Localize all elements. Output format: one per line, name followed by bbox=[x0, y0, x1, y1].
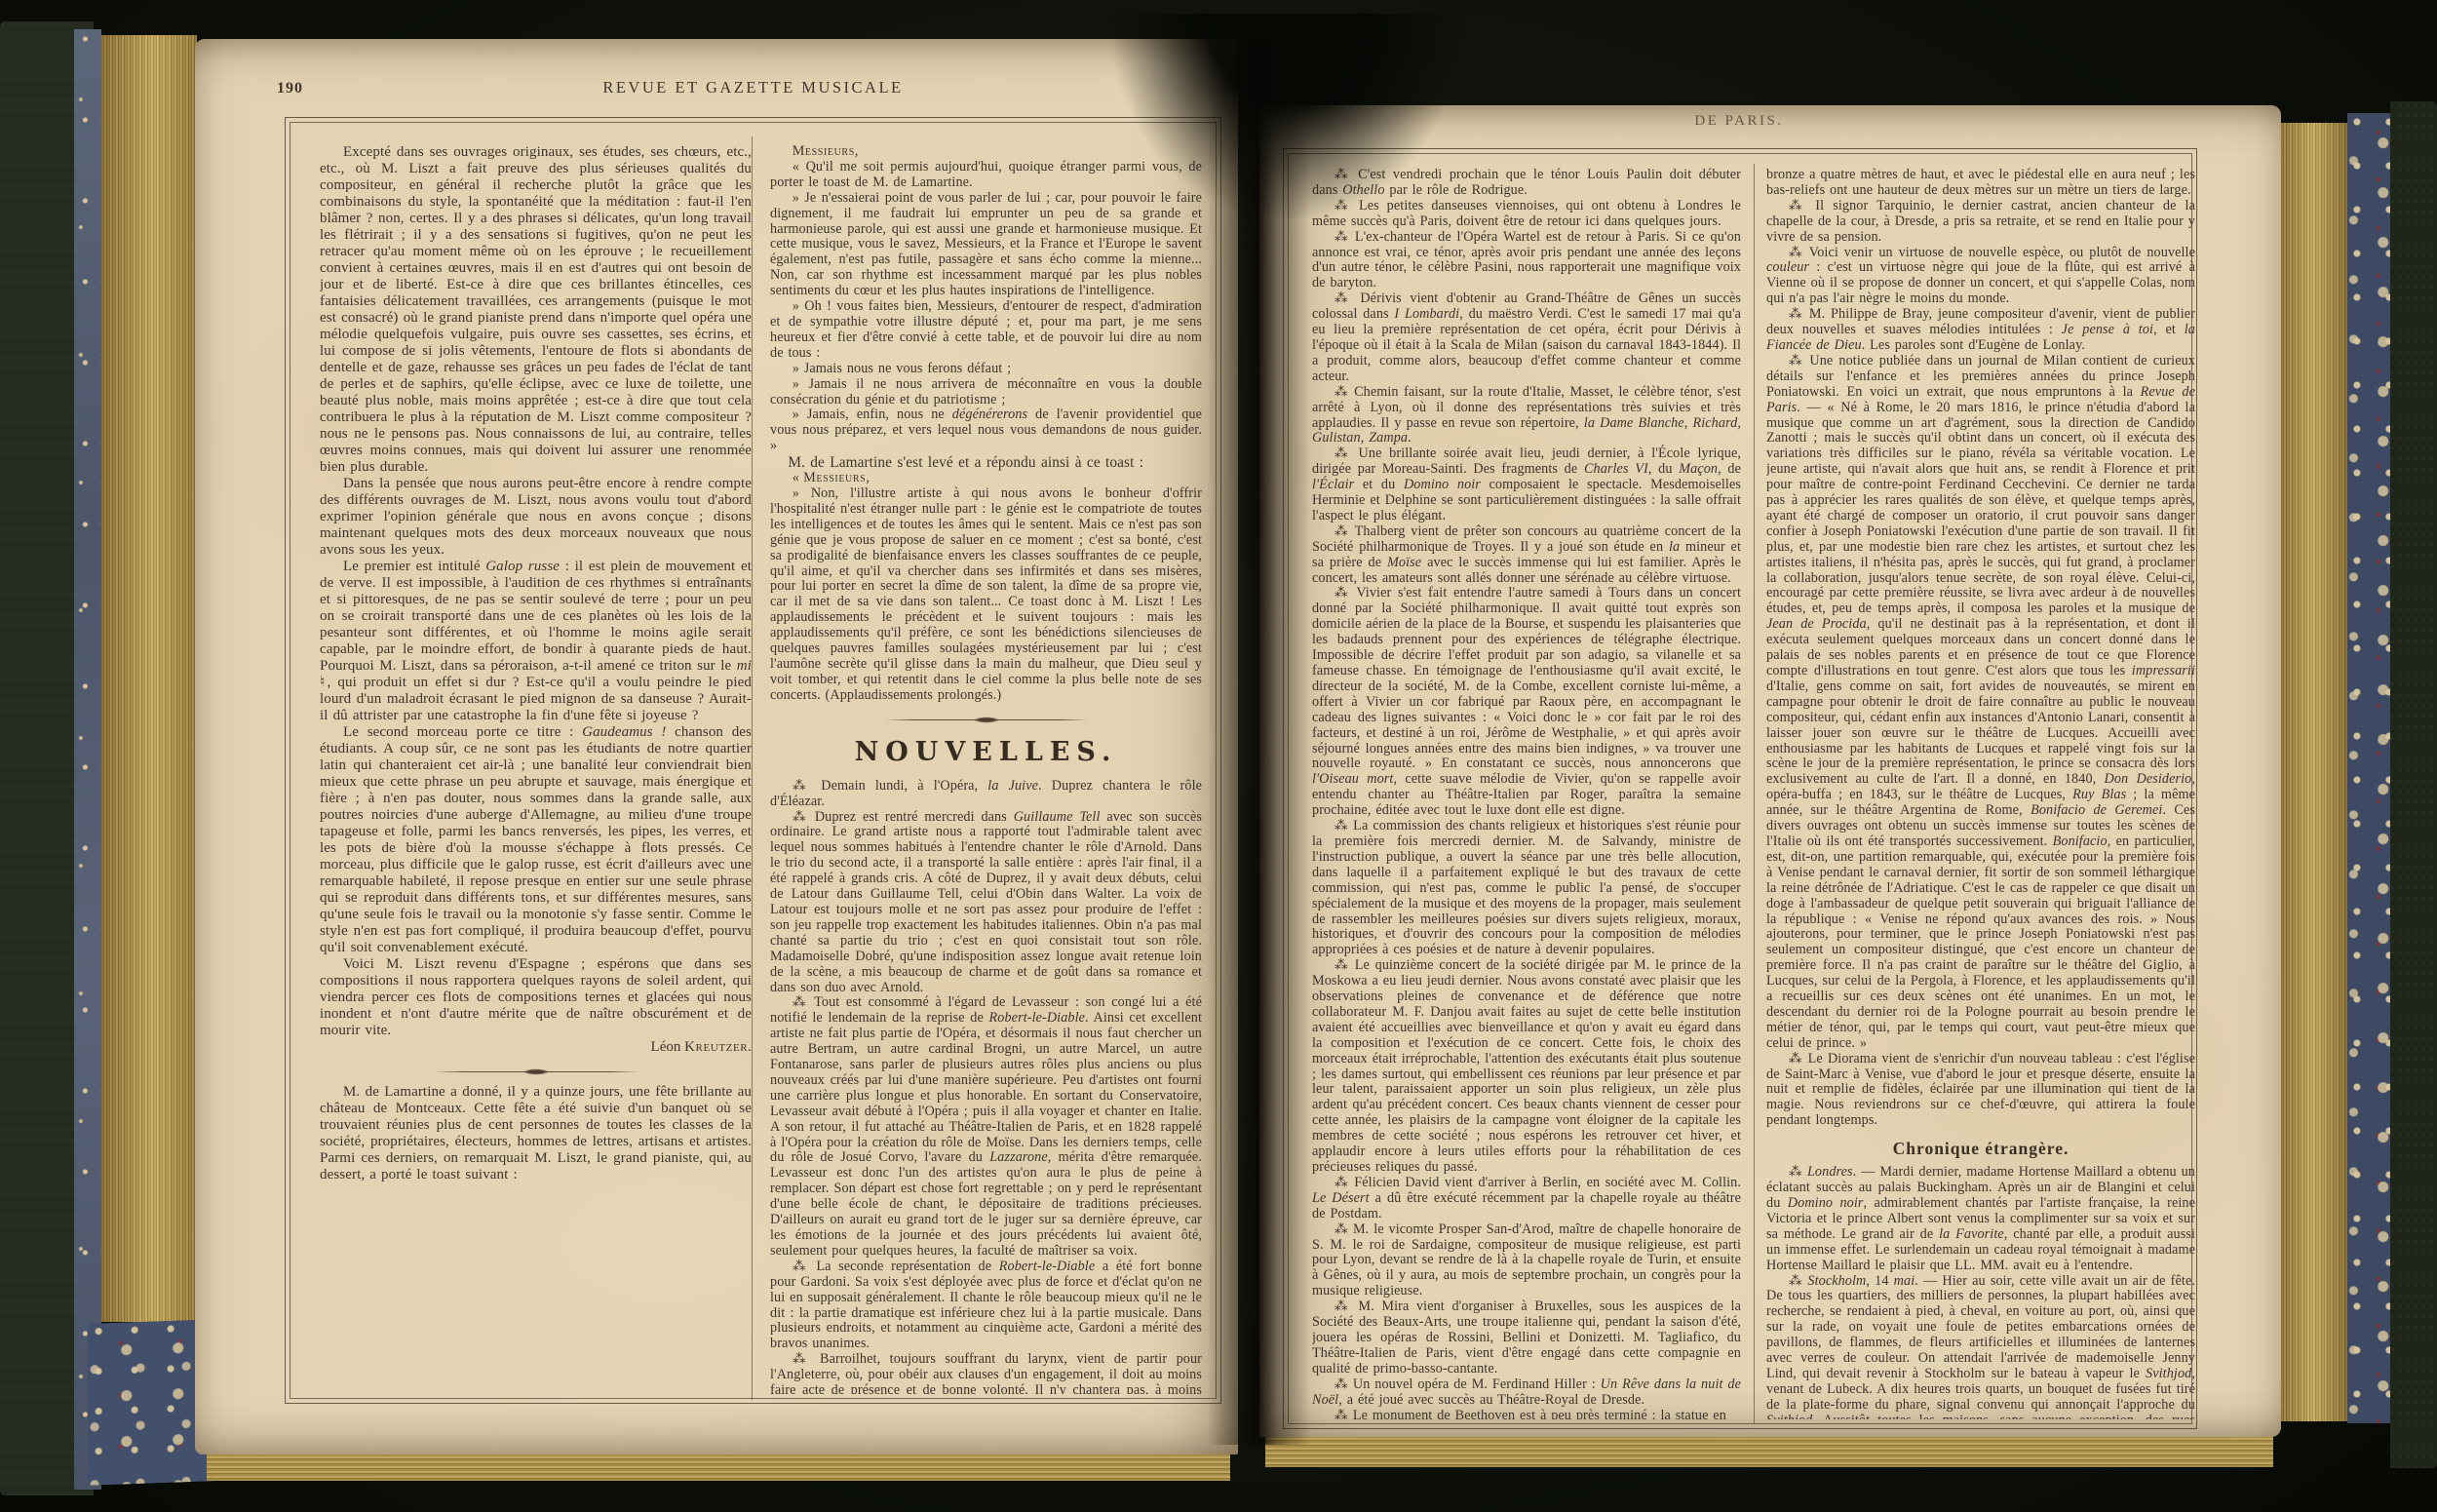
paragraph: » Jamais nous ne vous ferons défaut ; bbox=[770, 362, 1202, 377]
running-title-left: REVUE ET GAZETTE MUSICALE bbox=[286, 78, 1220, 97]
news-item: ⁂ M. le vicomte Prosper San-d'Arod, maît… bbox=[1312, 1222, 1741, 1300]
right-page: DE PARIS. ⁂ C'est vendredi prochain que … bbox=[1259, 105, 2281, 1437]
column-rule-right bbox=[1754, 164, 1755, 1423]
divider-ornament bbox=[884, 718, 1089, 721]
page-fore-edge-right bbox=[2281, 123, 2351, 1421]
left-page: 190 REVUE ET GAZETTE MUSICALE Excepté da… bbox=[195, 39, 1238, 1454]
news-item: ⁂ Duprez est rentré mercredi dans Guilla… bbox=[770, 810, 1202, 996]
news-item: ⁂ Stockholm, 14 mai. — Hier au soir, cet… bbox=[1766, 1274, 2195, 1419]
paragraph: » Jamais il ne nous arrivera de méconnaî… bbox=[770, 377, 1202, 408]
paragraph: M. de Lamartine a donné, il y a quinze j… bbox=[320, 1084, 752, 1183]
news-item: ⁂ Thalberg vient de prêter son concours … bbox=[1312, 524, 1741, 587]
news-item: ⁂ Le quinzième concert de la société dir… bbox=[1312, 958, 1741, 1176]
paragraph: Le second morceau porte ce titre : Gaude… bbox=[320, 724, 752, 956]
news-item: ⁂ Barroilhet, toujours souffrant du lary… bbox=[770, 1352, 1202, 1394]
paragraph: Dans la pensée que nous aurons peut-être… bbox=[320, 476, 752, 559]
news-item: ⁂ Vivier s'est fait entendre l'autre sam… bbox=[1312, 586, 1741, 819]
news-item: ⁂ M. Mira vient d'organiser à Bruxelles,… bbox=[1312, 1299, 1741, 1377]
paragraph: « Qu'il me soit permis aujourd'hui, quoi… bbox=[770, 160, 1202, 191]
news-item: ⁂ L'ex-chanteur de l'Opéra Wartel est de… bbox=[1312, 230, 1741, 292]
left-page-column-1: Excepté dans ses ouvrages originaux, ses… bbox=[320, 144, 752, 1394]
news-item: ⁂ Le Diorama vient de s'enrichir d'un no… bbox=[1766, 1052, 2195, 1130]
divider-ornament bbox=[434, 1070, 638, 1073]
paragraph: Excepté dans ses ouvrages originaux, ses… bbox=[320, 144, 752, 476]
worn-spine-strip-left bbox=[74, 29, 101, 1490]
right-page-column-2: bronze a quatre mètres de haut, et avec … bbox=[1766, 168, 2195, 1419]
news-item: ⁂ Il signor Tarquinio, le dernier castra… bbox=[1766, 199, 2195, 246]
speaker-line: Messieurs, bbox=[770, 144, 1202, 160]
paragraph-continuation: bronze a quatre mètres de haut, et avec … bbox=[1766, 168, 2195, 199]
bottom-page-stack-left bbox=[207, 1454, 1230, 1481]
news-item: ⁂ La commission des chants religieux et … bbox=[1312, 819, 1741, 958]
news-item: ⁂ Les petites danseuses viennoises, qui … bbox=[1312, 199, 1741, 230]
section-heading: NOUVELLES. bbox=[770, 737, 1202, 767]
right-page-column-1: ⁂ C'est vendredi prochain que le ténor L… bbox=[1312, 168, 1741, 1419]
author-signature: Léon Kreutzer. bbox=[320, 1039, 752, 1056]
paragraph: » Oh ! vous faites bien, Messieurs, d'en… bbox=[770, 299, 1202, 362]
news-item: ⁂ M. Philippe de Bray, jeune compositeur… bbox=[1766, 307, 2195, 354]
news-item: ⁂ Un nouvel opéra de M. Ferdinand Hiller… bbox=[1312, 1377, 1741, 1409]
news-item: ⁂ Félicien David vient d'arriver à Berli… bbox=[1312, 1176, 1741, 1222]
news-item: ⁂ Une notice publiée dans un journal de … bbox=[1766, 354, 2195, 1052]
book-photo: { "publication": "REVUE ET GAZETTE MUSIC… bbox=[0, 0, 2437, 1512]
news-item: ⁂ Londres. — Mardi dernier, madame Horte… bbox=[1766, 1165, 2195, 1273]
speaker-line: « Messieurs, bbox=[770, 471, 1202, 486]
book-cover-right bbox=[2390, 101, 2437, 1468]
marbled-paper-strip-right bbox=[2347, 113, 2396, 1423]
news-item: ⁂ Chemin faisant, sur la route d'Italie,… bbox=[1312, 385, 1741, 447]
news-item: ⁂ Dérivis vient d'obtenir au Grand-Théât… bbox=[1312, 291, 1741, 384]
paragraph: Voici M. Liszt revenu d'Espagne ; espéro… bbox=[320, 956, 752, 1039]
news-item: ⁂ Tout est consommé à l'égard de Levasse… bbox=[770, 995, 1202, 1259]
news-item: ⁂ Le monument de Beethoven est à peu prè… bbox=[1312, 1409, 1741, 1420]
paragraph: » Jamais, enfin, nous ne dégénérerons de… bbox=[770, 407, 1202, 454]
toast-reply-intro: M. de Lamartine s'est levé et a répondu … bbox=[770, 454, 1202, 471]
left-page-column-2: Messieurs,« Qu'il me soit permis aujourd… bbox=[770, 144, 1202, 1394]
paragraph: » Non, l'illustre artiste à qui nous avo… bbox=[770, 486, 1202, 704]
page-fore-edge-left bbox=[101, 35, 197, 1322]
running-title-right: DE PARIS. bbox=[1283, 113, 2195, 130]
news-item: ⁂ Demain lundi, à l'Opéra, la Juive. Dup… bbox=[770, 779, 1202, 810]
paragraph: » Je n'essaierai point de vous parler de… bbox=[770, 191, 1202, 299]
news-item: ⁂ La seconde représentation de Robert-le… bbox=[770, 1260, 1202, 1352]
news-item: ⁂ Voici venir un virtuose de nouvelle es… bbox=[1766, 246, 2195, 308]
column-rule-left bbox=[752, 136, 753, 1400]
news-item: ⁂ Une brillante soirée avait lieu, jeudi… bbox=[1312, 446, 1741, 524]
subsection-heading: Chronique étrangère. bbox=[1766, 1139, 2195, 1159]
paragraph: Le premier est intitulé Galop russe : il… bbox=[320, 559, 752, 724]
news-item: ⁂ C'est vendredi prochain que le ténor L… bbox=[1312, 168, 1741, 199]
bottom-page-stack-right bbox=[1265, 1437, 2273, 1467]
